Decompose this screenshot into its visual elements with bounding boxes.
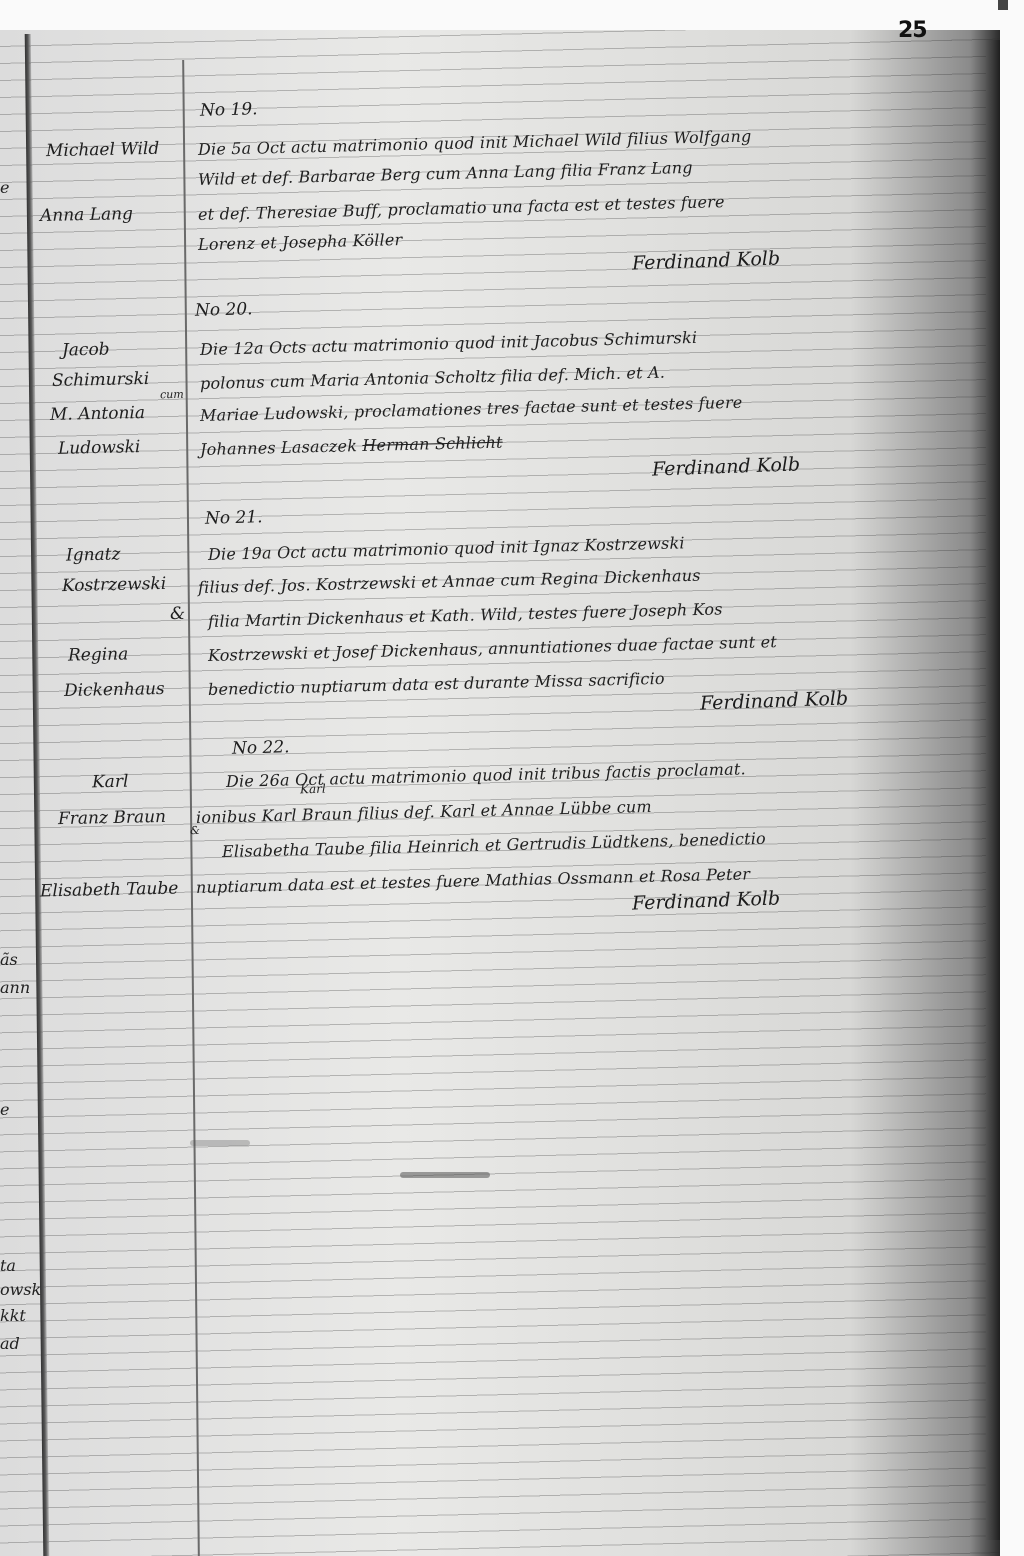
struck-text: Herman Schlicht <box>362 433 503 455</box>
register-page <box>0 30 1000 1556</box>
margin-name: Schimurski <box>52 369 150 391</box>
scan-right-margin <box>1000 30 1024 1556</box>
margin-name: Franz Braun <box>58 807 166 829</box>
page-number: 25 <box>898 18 927 43</box>
margin-name: cum <box>160 388 184 401</box>
entry-number: No 21. <box>205 507 263 528</box>
margin-name: M. Antonia <box>50 403 145 425</box>
margin-name: Regina <box>68 644 129 665</box>
margin-name: Kostrzewski <box>62 574 167 596</box>
edge-fragment: ãs <box>0 950 18 969</box>
ink-smudge <box>190 1140 250 1146</box>
ink-smudge <box>400 1172 490 1178</box>
margin-name-groom: Michael Wild <box>46 139 160 161</box>
margin-name: Jacob <box>62 340 110 361</box>
margin-name: Dickenhaus <box>64 679 165 701</box>
edge-fragment: ta <box>0 1256 16 1275</box>
margin-name-bride: Anna Lang <box>40 204 133 226</box>
insertion-text: Karl <box>300 782 326 797</box>
entry-number: No 20. <box>195 299 253 320</box>
entry-number: No 22. <box>232 737 290 759</box>
edge-fragment: kkt <box>0 1306 26 1325</box>
edge-fragment: e <box>0 1100 9 1119</box>
entry-number: No 19. <box>200 99 258 120</box>
margin-name: & <box>170 604 186 624</box>
edge-fragment: e <box>0 178 9 197</box>
margin-name: Elisabeth Taube <box>40 879 179 902</box>
edge-fragment: ann <box>0 978 30 997</box>
witness-name: Johannes Lasaczek <box>200 436 358 459</box>
margin-name: Ludowski <box>58 437 141 459</box>
scan-corner-mark <box>998 0 1008 10</box>
edge-fragment: ad <box>0 1334 20 1353</box>
scan-top-margin <box>0 0 1024 32</box>
edge-fragment: owsk <box>0 1280 41 1299</box>
page-binding-shadow <box>986 40 1000 1540</box>
margin-name: Karl <box>92 772 129 793</box>
margin-name: Ignatz <box>66 544 121 565</box>
